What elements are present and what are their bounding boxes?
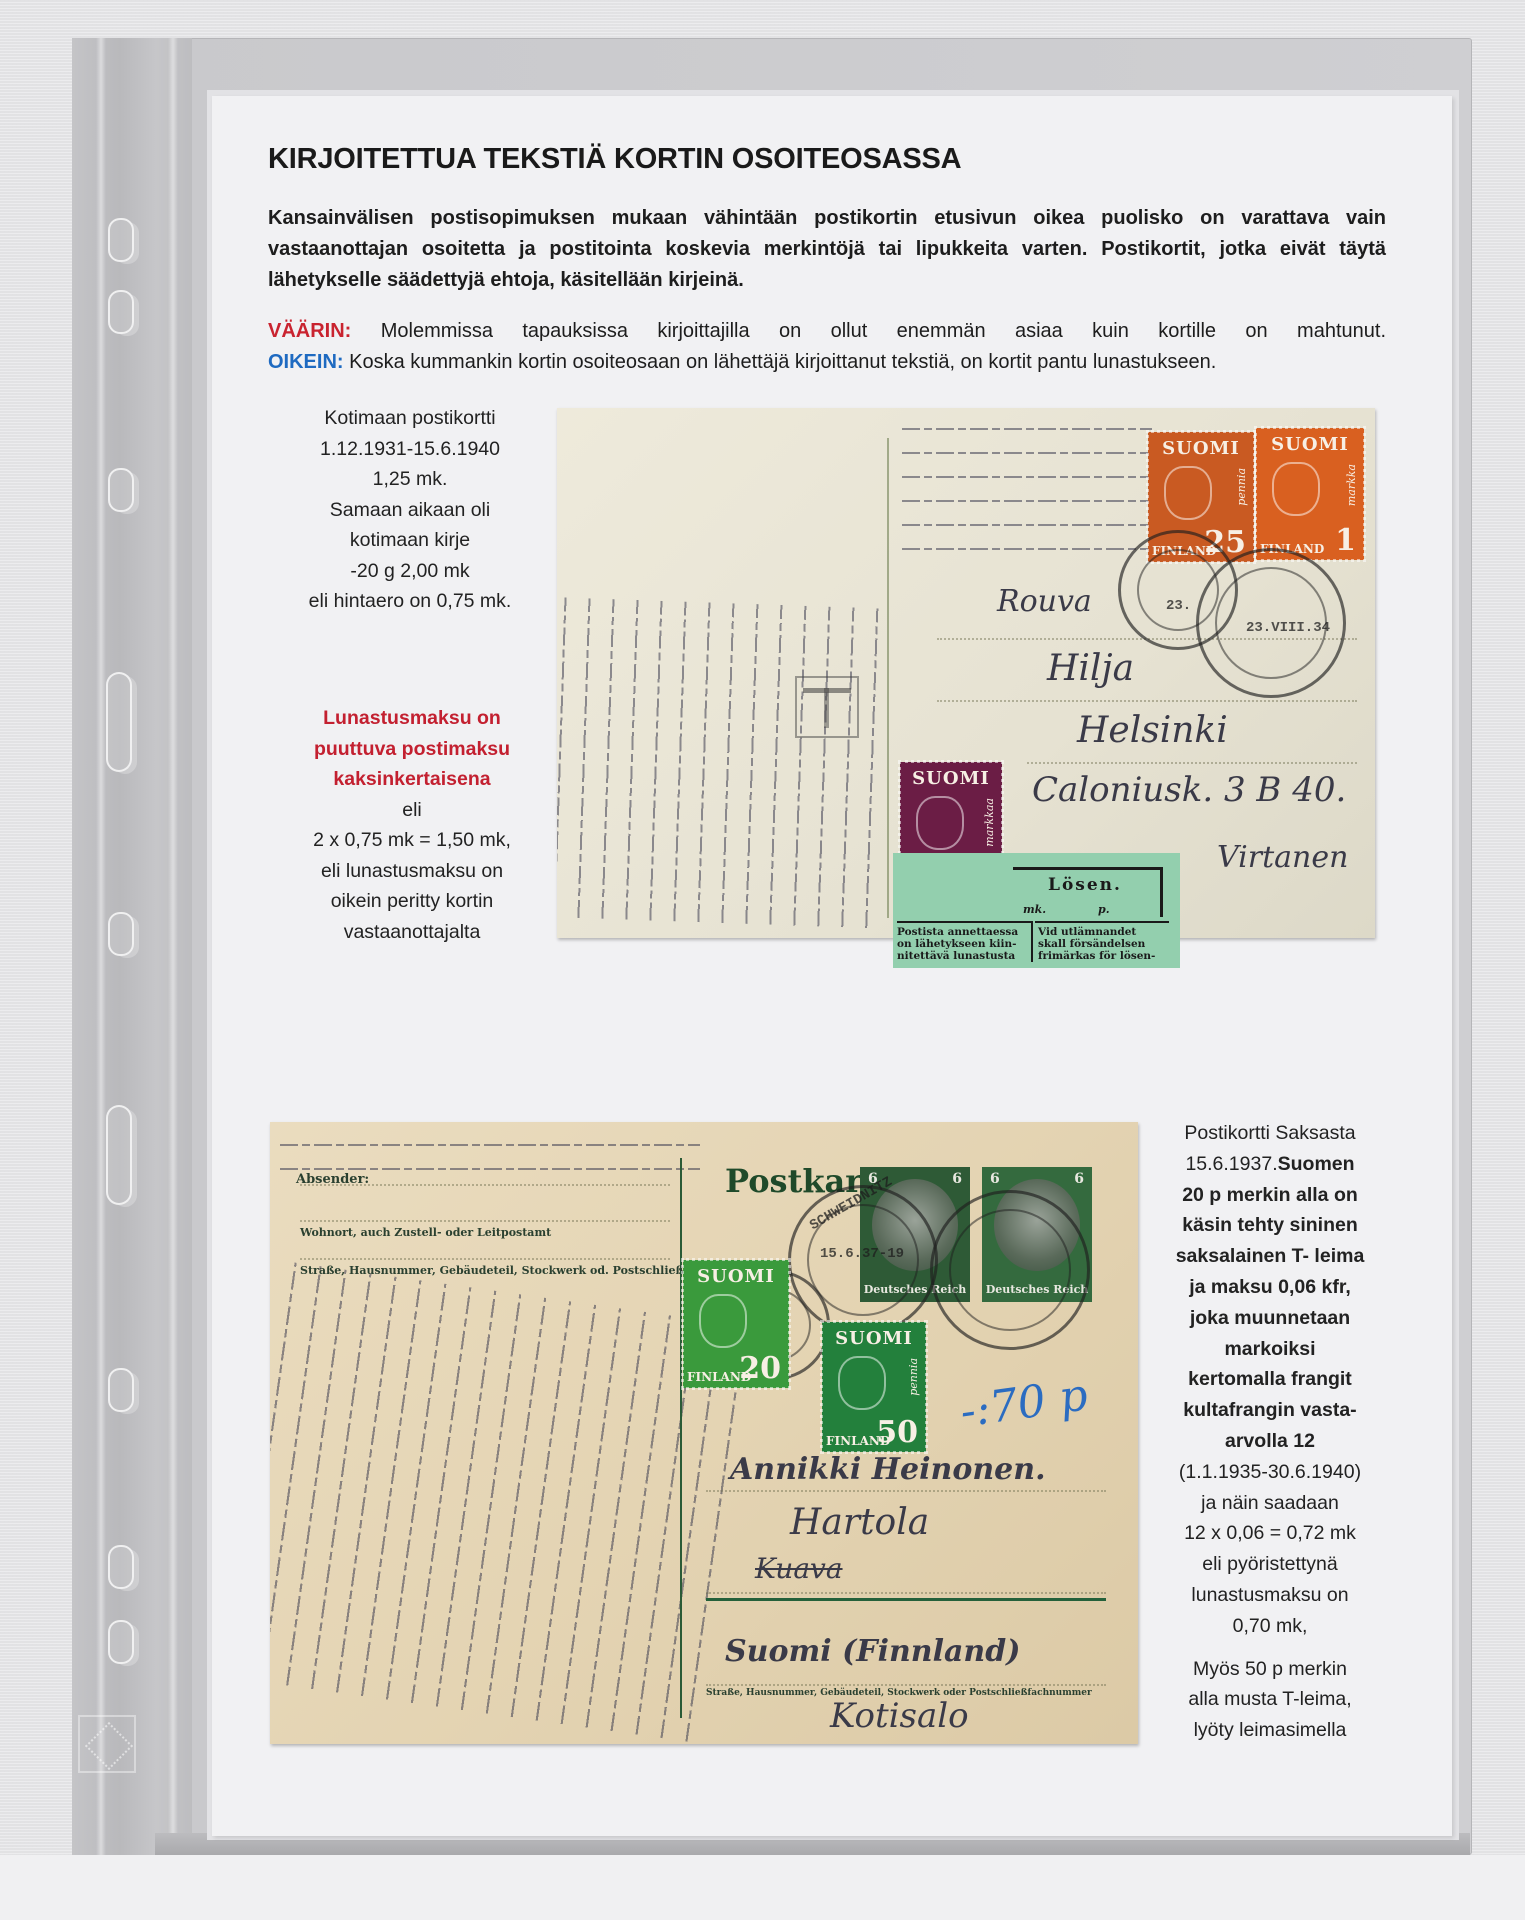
wrong-right-explanation: VÄÄRIN: Molemmissa tapauksissa kirjoitta… [268,316,1386,378]
note-line: lunastusmaksu on [1140,1580,1400,1611]
losen-line: skall försändelsen [1038,938,1169,950]
sender-line [300,1220,670,1222]
lion-coat-of-arms-icon [699,1294,747,1348]
address-name: Annikki Heinonen. [730,1452,1046,1487]
highlight-line: Lunastusmaksu on [272,703,552,734]
address-city: Hartola [790,1502,929,1543]
note-line: Myös 50 p merkin [1140,1654,1400,1685]
page-title: KIRJOITETTUA TEKSTIÄ KORTIN OSOITEOSASSA [268,143,961,176]
lion-coat-of-arms-icon [1272,462,1320,516]
postmark-icon [930,1190,1090,1350]
note-line: alla musta T-leima, [1140,1684,1400,1715]
card1-fee-note: Lunastusmaksu on puuttuva postimaksu kak… [272,703,552,947]
highlight-line: puuttuva postimaksu [272,734,552,765]
stamp-denomination-word: pennia [1235,468,1248,506]
lion-coat-of-arms-icon [916,796,964,850]
note-date: 15.6.1937. [1185,1153,1277,1175]
note-line: vastaanottajalta [272,917,552,948]
note-line: eli hintaero on 0,75 mk. [280,586,540,617]
note-bold-line: saksalainen T- leima [1140,1241,1400,1272]
lion-coat-of-arms-icon [1164,466,1212,520]
wrong-line: VÄÄRIN: Molemmissa tapauksissa kirjoitta… [268,316,1386,347]
address-line [937,700,1357,702]
card-divider-line [680,1158,682,1718]
note-bold-line: arvolla 12 [1140,1426,1400,1457]
note-text: arvolla [1225,1430,1293,1452]
note-line: 0,70 mk, [1140,1611,1400,1642]
sleeve-ridge [96,38,106,1855]
stamp-suomi-50-pennia: SUOMI pennia FINLAND 50 [822,1322,926,1452]
stamp-value: 6 [1074,1171,1084,1187]
note-line: kotimaan kirje [280,525,540,556]
t-mark-stamp-icon [795,676,859,738]
stamp-country: SUOMI [683,1266,789,1287]
note-bold-line: kertomalla frangit [1140,1364,1400,1395]
note-line: 1,25 mk. [280,464,540,495]
losen-line: nitettävä lunastusta [897,950,1028,962]
card1-info-note: Kotimaan postikortti 1.12.1931-15.6.1940… [280,403,540,617]
stamp-suomi-20-pennia: SUOMI FINLAND 20 [683,1260,789,1388]
punch-hole-icon [108,1368,134,1412]
lion-coat-of-arms-icon [838,1356,886,1410]
sender-line [300,1184,670,1186]
address-country: Suomi (Finnland) [725,1634,1020,1669]
stamp-country: SUOMI [1256,434,1364,455]
note-line: Kotimaan postikortti [280,403,540,434]
stamp-suomi-1-markka: SUOMI markka FINLAND 1 [1256,428,1364,560]
sender-line [300,1258,670,1260]
address-village: Kotisalo [830,1696,969,1736]
table-surface [0,1855,1525,1920]
right-text: Koska kummankin kortin osoiteosaan on lä… [349,351,1216,373]
note-line: eli [272,795,552,826]
note-line: -20 g 2,00 mk [280,556,540,587]
stamp-country: SUOMI [1148,438,1254,459]
address-city: Helsinki [1077,710,1228,751]
handwritten-message-vertical [557,591,892,929]
handwritten-message-top [902,414,1152,554]
losen-finnish-text: Postista annettaessa on lähetykseen kiin… [897,921,1033,962]
sleeve-logo-icon [78,1715,136,1773]
address-street: Caloniusk. 3 B 40. [1032,770,1346,810]
note-bold-line: ja maksu 0,06 kfr, [1140,1272,1400,1303]
losen-p: p. [1098,903,1110,916]
punch-hole-icon [108,1620,134,1664]
losen-mk: mk. [1023,903,1046,916]
note-bold-line: joka muunnetaan [1140,1303,1400,1334]
note-line: oikein peritty kortin [272,886,552,917]
address-name: Hilja [1047,648,1134,689]
punch-hole-icon [108,218,134,262]
stamp-country: SUOMI [900,768,1002,789]
note-bold-line: käsin tehty sininen [1140,1210,1400,1241]
punch-hole-icon [106,672,132,772]
note-line: Postikortti Saksasta [1140,1118,1400,1149]
address-line [706,1684,1106,1686]
sleeve-ridge [168,38,178,1855]
losen-line: Postista annettaessa [897,926,1028,938]
note-number: 12 [1293,1430,1315,1452]
sender-label-2: Wohnort, auch Zustell- oder Leitpostamt [300,1226,551,1239]
stamp-country: SUOMI [822,1328,926,1349]
address-note: Virtanen [1217,840,1348,875]
address-crossed-city: Kuava [755,1552,843,1585]
losen-swedish-text: Vid utlämnandet skall försändelsen frimä… [1035,921,1169,962]
wrong-label: VÄÄRIN: [268,320,351,342]
right-line: OIKEIN: Koska kummankin kortin osoiteosa… [268,347,1386,378]
postmark-date: 23.VIII.34 [1246,620,1330,636]
address-line [1027,762,1357,764]
highlight-line: kaksinkertaisena [272,764,552,795]
address-salutation: Rouva [997,584,1092,619]
card-divider-line [887,438,889,918]
punch-hole-icon [108,468,134,512]
card2-info-note: Postikortti Saksasta 15.6.1937.Suomen 20… [1140,1118,1400,1746]
note-line: 1.12.1931-15.6.1940 [280,434,540,465]
note-line: eli lunastusmaksu on [272,856,552,887]
note-bold-line: 20 p merkin alla on [1140,1180,1400,1211]
right-label: OIKEIN: [268,351,344,373]
losen-line: on lähetykseen kiin- [897,938,1028,950]
handwritten-message-top [280,1130,700,1170]
postmark-date: 15.6.37-19 [820,1246,904,1262]
losen-line: frimärkas för lösen- [1038,950,1169,962]
note-line: Samaan aikaan oli [280,495,540,526]
stamp-denomination-word: markka [1345,464,1358,506]
punch-hole-icon [108,1545,134,1589]
punch-hole-icon [106,1105,132,1205]
note-line: ja näin saadaan [1140,1488,1400,1519]
note-line: 2 x 0,75 mk = 1,50 mk, [272,825,552,856]
stamp-value: 6 [952,1171,962,1187]
losen-line: Vid utlämnandet [1038,926,1169,938]
note-line: (1.1.1935-30.6.1940) [1140,1457,1400,1488]
note-line: lyöty leimasimella [1140,1715,1400,1746]
losen-title: Lösen. [1048,875,1122,895]
intro-paragraph: Kansainvälisen postisopimuksen mukaan vä… [268,203,1386,296]
punch-hole-icon [108,290,134,334]
wrong-text: Molemmissa tapauksissa kirjoittajilla on… [381,320,1386,342]
note-line: eli pyöristettynä [1140,1549,1400,1580]
note-line: 15.6.1937.Suomen [1140,1149,1400,1180]
stamp-value: 50 [876,1415,918,1450]
note-bold-line: markoiksi [1140,1334,1400,1365]
stamp-denomination-word: markkaa [983,798,996,847]
address-line [706,1592,1106,1594]
country-rule [706,1598,1106,1601]
stamp-denomination-word: pennia [907,1358,920,1396]
note-spacer [1140,1642,1400,1654]
stamp-value: 20 [739,1351,781,1386]
stamp-value: 6 [990,1171,1000,1187]
address-line [706,1490,1106,1492]
note-line: 12 x 0,06 = 0,72 mk [1140,1518,1400,1549]
note-bold-word: Suomen [1278,1153,1355,1175]
losen-postage-due-label: Lösen. mk. p. Postista annettaessa on lä… [893,853,1180,968]
postmark-date: 23. [1166,598,1191,614]
note-bold-line: kultafrangin vasta- [1140,1395,1400,1426]
stamp-value: 1 [1335,523,1356,558]
punch-hole-icon [108,912,134,956]
